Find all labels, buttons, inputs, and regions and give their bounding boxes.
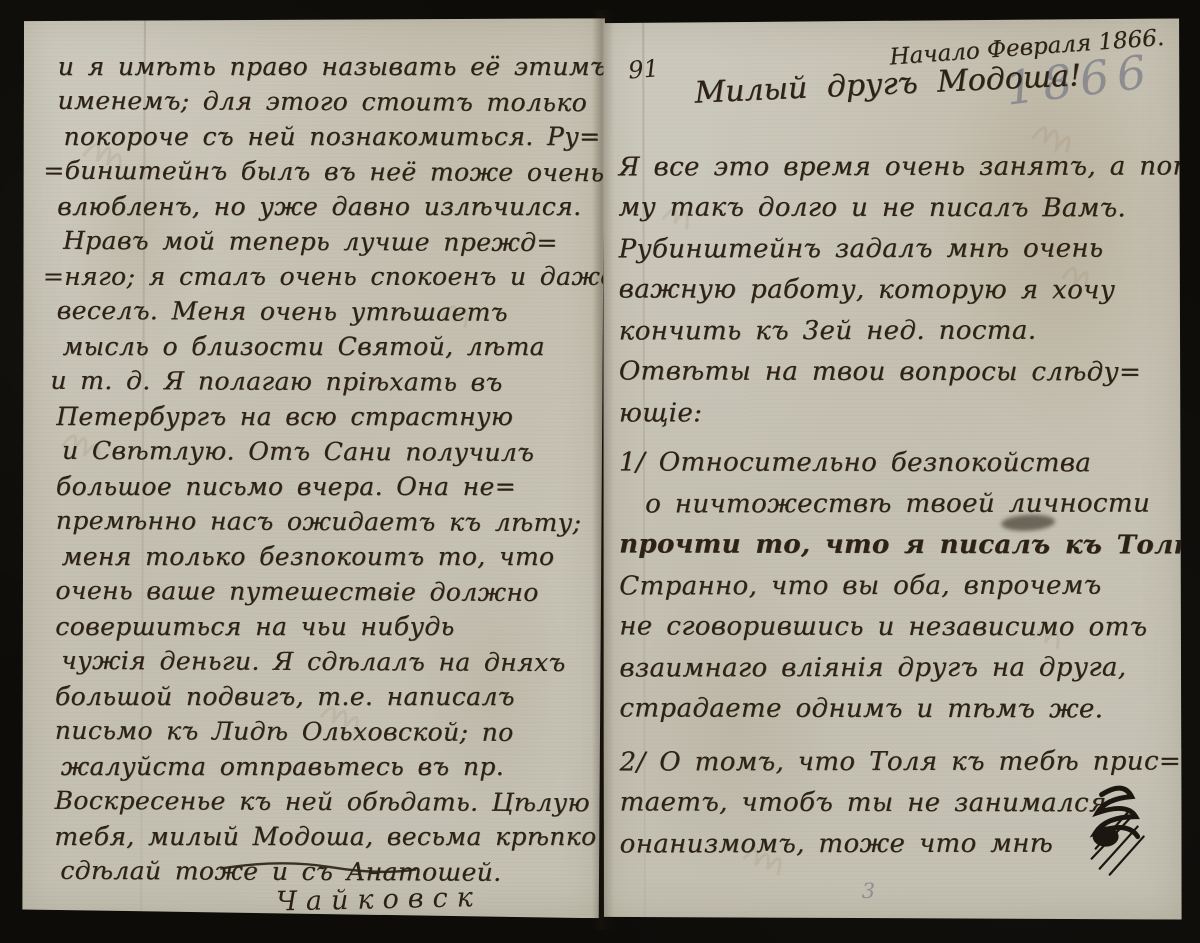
handwritten-line: и я имѣть право называть её этимъ (58, 49, 601, 84)
right-page-text: Я все это время очень занятъ, а потому т… (618, 147, 1177, 866)
handwritten-line: Странно, что вы оба, впрочемъ (619, 566, 1177, 608)
handwritten-line: о ничтожествѣ твоей личности (645, 484, 1177, 526)
handwritten-line: Петербургъ на всю страстную (56, 399, 599, 434)
handwritten-line: Я все это время очень занятъ, а пото (618, 147, 1176, 189)
handwritten-line: Воскресенье къ ней обѣдать. Цѣлую (54, 783, 597, 820)
handwritten-line: письмо къ Лидѣ Ольховской; по (55, 713, 598, 750)
pencil-sheet-number: 3 (862, 879, 875, 903)
handwritten-line: жалуйста отправьтесь въ пр. (61, 749, 598, 784)
handwritten-line: мысль о близости Святой, лѣта (63, 329, 600, 364)
handwritten-line: премѣнно насъ ожидаетъ къ лѣту; (56, 503, 599, 540)
handwritten-line: большое письмо вчера. Она не= (56, 469, 599, 504)
handwritten-line: чужія деньги. Я сдѣлалъ на дняхъ (61, 643, 598, 680)
left-page: и я имѣть право называть её этимъименемъ… (20, 16, 605, 919)
handwritten-line: тебя, милый Модоша, весьма крѣпко (54, 819, 597, 854)
handwritten-line: кончить къ 3ей нед. поста. (619, 311, 1177, 353)
handwritten-line: совершиться на чьи нибудь (55, 609, 598, 644)
page-number: 91 (627, 54, 659, 84)
handwritten-line: меня только безпокоитъ то, что (62, 539, 599, 574)
handwritten-line: и т. д. Я полагаю пріѣхать въ (50, 363, 599, 400)
handwritten-line: Рубинштейнъ задалъ мнѣ очень (619, 229, 1177, 271)
underline-flourish (218, 859, 418, 878)
letter-scan: и я имѣть право называть её этимъименемъ… (0, 0, 1200, 943)
handwritten-line: веселъ. Меня очень утѣшаетъ (57, 293, 600, 330)
handwritten-line: не сговорившись и независимо отъ (619, 607, 1177, 649)
handwritten-line: =няго; я сталъ очень спокоенъ и даже (43, 259, 600, 294)
handwritten-line: важную работу, которую я хочу (619, 270, 1177, 312)
handwritten-line: именемъ; для этого стоитъ только (58, 83, 601, 120)
handwritten-line: му такъ долго и не писалъ Вамъ. (619, 188, 1177, 230)
handwritten-line: взаимнаго вліянія другъ на друга, (619, 648, 1177, 690)
left-page-text: и я имѣть право называть её этимъименемъ… (40, 48, 601, 890)
handwritten-line: Отвѣты на твои вопросы слѣду= (619, 352, 1177, 394)
handwritten-line: покороче съ ней познакомиться. Ру= (63, 119, 600, 154)
signature: Чайковск (275, 882, 481, 917)
handwritten-line: Нравъ мой теперь лучше прежд= (63, 223, 600, 260)
handwritten-line: влюбленъ, но уже давно излѣчился. (57, 189, 600, 224)
handwritten-line: =бинштейнъ былъ въ неё тоже очень (43, 153, 600, 190)
handwritten-line: прочти то, что я писалъ къ Толѣ. (619, 525, 1177, 567)
handwritten-line: страдаете однимъ и тѣмъ же. (619, 689, 1177, 731)
handwritten-line: 1/ Относительно безпокойства (619, 443, 1177, 485)
handwritten-line: и Свѣтлую. Отъ Сани получилъ (62, 433, 599, 470)
ink-blot (1084, 775, 1154, 885)
right-page: 91 Начало Февраля 1866. 1866 Милый другъ… (602, 18, 1182, 920)
handwritten-line: большой подвигъ, т.е. написалъ (55, 679, 598, 714)
handwritten-line: очень ваше путешествіе должно (55, 573, 598, 610)
handwritten-line: ющіе: (619, 393, 1177, 435)
